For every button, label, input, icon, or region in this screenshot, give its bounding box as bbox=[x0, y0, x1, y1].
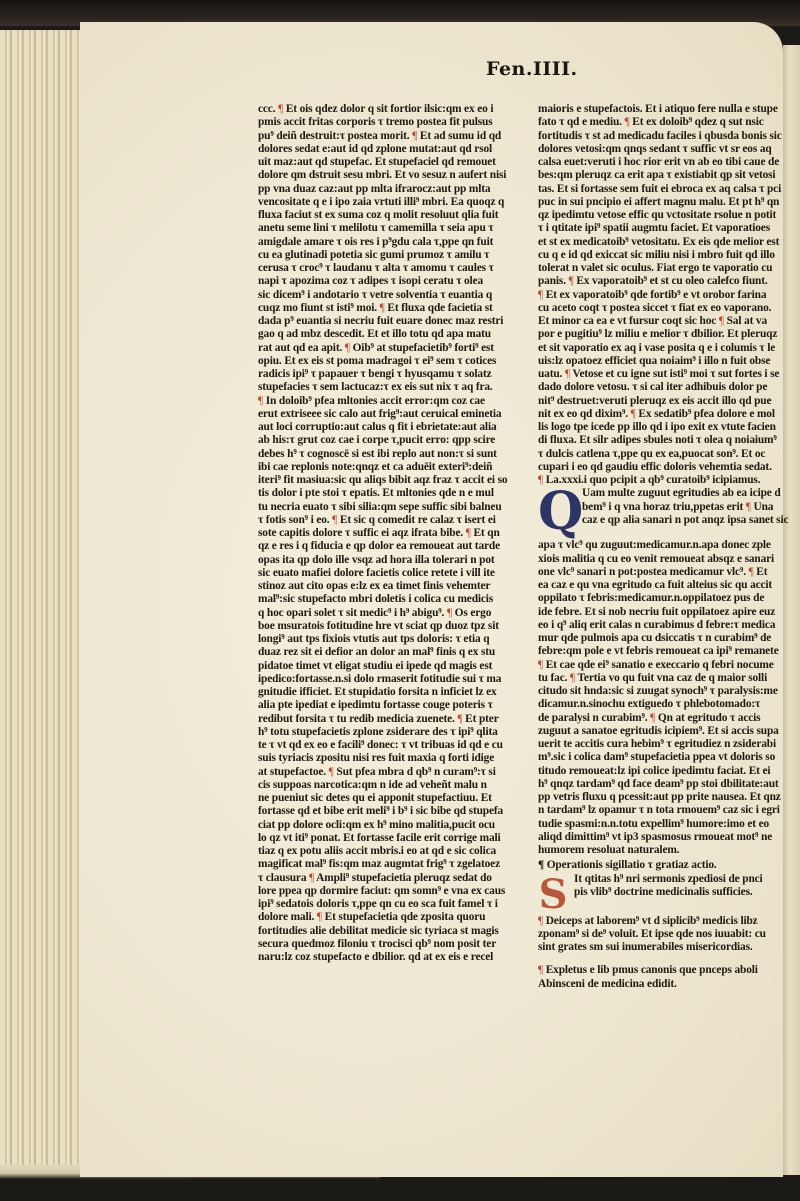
pilcrow-mark: ¶ bbox=[412, 130, 417, 142]
text-line: qz e res i q fiducia e qp dolor ea remou… bbox=[258, 540, 520, 553]
text-line: tis dolor i pte stoi τ epatis. Et mltoni… bbox=[258, 487, 520, 500]
text-line: apa τ vlc⁹ qu zuguut:medicamur.n.apa don… bbox=[538, 539, 800, 552]
text-line: tolerat n valet sic oculus. Fiat ergo te… bbox=[538, 262, 800, 275]
text-line: ¶ Deiceps at laborem⁹ vt d siplicib⁹ med… bbox=[538, 915, 800, 928]
text-line: stinoz aut cito opas e:lz ex ea timet fi… bbox=[258, 580, 520, 593]
text-line: opiu. Et ex eis st poma madragoi τ ei⁹ s… bbox=[258, 355, 520, 368]
text-line: pmis accit fritas corporis τ tremo poste… bbox=[258, 116, 520, 129]
text-line: zuguut a sanatoe egritudis icipiem⁹. Et … bbox=[538, 725, 800, 738]
pilcrow-mark: ¶ bbox=[570, 672, 575, 684]
text-line: cu ea glutinadi potetia sic gumi prumoz … bbox=[258, 249, 520, 262]
text-line: m⁹.sic i colica dam⁹ stupefacietia ppea … bbox=[538, 751, 800, 764]
text-line: debes h⁹ τ cognoscē si est ibi replo aut… bbox=[258, 448, 520, 461]
text-line: boe msuratois fotitudine hre vt sciat qp… bbox=[258, 620, 520, 633]
text-line: sic dicem⁹ i andotario τ vetre solventia… bbox=[258, 289, 520, 302]
text-line: mal⁹:sic stupefacto mbri doletis i colic… bbox=[258, 593, 520, 606]
text-line: tiaz q ex potu aliis accit mbris.i eo at… bbox=[258, 845, 520, 858]
text-line: xiois malitia q cu eo venit remoueat abs… bbox=[538, 553, 800, 566]
text-line: amigdale amare τ ois res i p⁹gdu cala τ,… bbox=[258, 236, 520, 249]
text-line: citudo sit hnda:sic si zuugat synoch⁹ τ … bbox=[538, 685, 800, 698]
text-line: τ fotis son⁹ i eo. ¶ Et sic q comedit re… bbox=[258, 514, 520, 527]
text-line: iteri⁹ fit masiua:sic qu aliqs bibit aqz… bbox=[258, 474, 520, 487]
text-line: longi⁹ aut tps fixiois vtutis aut tps do… bbox=[258, 633, 520, 646]
text-line: dolores sedat e:aut id qd zplone mutat:a… bbox=[258, 143, 520, 156]
pilcrow-mark: ¶ bbox=[309, 872, 314, 884]
text-line: puc in sui pncipio ei affert magnu malu.… bbox=[538, 196, 800, 209]
pilcrow-mark: ¶ bbox=[538, 289, 543, 301]
pilcrow-mark: ¶ bbox=[569, 275, 574, 287]
pilcrow-mark: ¶ bbox=[650, 712, 655, 724]
running-head: Fen.IIII. bbox=[486, 58, 578, 80]
text-line: h⁹ totu stupefacietis zplone zsiderare d… bbox=[258, 726, 520, 739]
text-line: ide febre. Et si nob necriu fuit oppilat… bbox=[538, 606, 800, 619]
text-line: ipedico:fortasse.n.si dolo rmaserit foti… bbox=[258, 673, 520, 686]
text-line: ccc. ¶ Et ois qdez dolor q sit fortior i… bbox=[258, 103, 520, 116]
text-line: uatu. ¶ Vetose et cu igne sut isti⁹ moi … bbox=[538, 368, 800, 381]
text-line: sint grates sm sui inumerabiles miserico… bbox=[538, 941, 800, 954]
text-line: uis:lz opatoez efficiet qua noiaim⁹ i il… bbox=[538, 355, 800, 368]
text-line: ¶ Et ex vaporatoib⁹ qde fortib⁹ e vt oro… bbox=[538, 289, 800, 302]
text-line: et st ex medicatoib⁹ vetositatu. Ex eis … bbox=[538, 236, 800, 249]
text-line: dolore qm dstruit sesu mbri. Et vo sesuz… bbox=[258, 169, 520, 182]
text-line: dicamur.n.sinochu extiguedo τ phlebotoma… bbox=[538, 698, 800, 711]
text-line: aut loci corruptio:aut calus q fit i ebr… bbox=[258, 421, 520, 434]
text-line: τ clausura ¶ Ampli⁹ stupefacietia pleruq… bbox=[258, 872, 520, 885]
text-line: sote capitis dolore τ suffic ei aqz ifra… bbox=[258, 527, 520, 540]
pilcrow-mark: ¶ bbox=[625, 116, 630, 128]
text-line: ciat pp dolore ocli:qm ex h⁹ mino maliti… bbox=[258, 819, 520, 832]
text-line: eo i q⁹ aliq erit calas n curabimus d fe… bbox=[538, 619, 800, 632]
text-line: h⁹ qnqz tardam⁹ qd face deam⁹ pp stoi db… bbox=[538, 778, 800, 791]
text-line: pp vna duaz caz:aut pp mlta ifrarocz:aut… bbox=[258, 183, 520, 196]
pilcrow-mark: ¶ bbox=[258, 395, 263, 407]
text-line: tas. Et si fortasse sem fuit ei ebroca e… bbox=[538, 183, 800, 196]
pilcrow-mark: ¶ bbox=[317, 911, 322, 923]
text-line: de paralysi n curabim⁹. ¶ Qn at egritudo… bbox=[538, 712, 800, 725]
pilcrow-mark: ¶ bbox=[749, 566, 754, 578]
text-line: calsa euet:veruti i hoc rior erit vn ab … bbox=[538, 156, 800, 169]
text-line: magificat mal⁹ fis:qm maz augmtat frig⁹ … bbox=[258, 858, 520, 871]
text-line: redibut forsita τ tu redib medicia zuene… bbox=[258, 713, 520, 726]
text-line: pu⁹ deiñ destruit:τ postea morit. ¶ Et a… bbox=[258, 130, 520, 143]
text-line: dado dolore vetosu. τ si cal iter adhibu… bbox=[538, 381, 800, 394]
text-line: oppilato τ febris:medicamur.n.oppilatoez… bbox=[538, 592, 800, 605]
text-line: pis vlib⁹ doctrine medicinalis sufficies… bbox=[574, 886, 800, 899]
text-line: napi τ apozima coz τ adipes τ isopi cera… bbox=[258, 275, 520, 288]
text-line: fato τ qd e mediu. ¶ Et ex doloib⁹ qdez … bbox=[538, 116, 800, 129]
text-line: secura quedmoz filoniu τ trocisci qb⁹ no… bbox=[258, 938, 520, 951]
text-line: lis logo tpe icede pp illo qd i ipo exit… bbox=[538, 421, 800, 434]
text-line: cu q e id qd exiccat sic miliu nisi i mb… bbox=[538, 249, 800, 262]
text-line: fortasse qd et bibe erit meli⁹ i b⁹ i si… bbox=[258, 805, 520, 818]
text-line: pidatoe timet vt eligat studiu ei ipede … bbox=[258, 660, 520, 673]
text-line: uit maz:aut qd stupefac. Et stupefaciel … bbox=[258, 156, 520, 169]
text-line: ¶ Et cae qde ei⁹ sanatio e execcario q f… bbox=[538, 659, 800, 672]
text-line: suis tyriacis zpositu nisi res fuit maxi… bbox=[258, 752, 520, 765]
pilcrow-mark: ¶ bbox=[538, 915, 543, 927]
pilcrow-mark: ¶ bbox=[345, 342, 350, 354]
text-line: di fluxa. Et silr adipes sbules noti τ o… bbox=[538, 434, 800, 447]
text-line: ibi cae replonis note:qnqz et ca aduēit … bbox=[258, 461, 520, 474]
text-line: lo qz vt iti⁹ ponat. Et fortasse facile … bbox=[258, 832, 520, 845]
text-line: ea caz e qu vna egritudo ca fuit alteius… bbox=[538, 579, 800, 592]
text-line: dada p⁹ euantia si necriu fuit euare don… bbox=[258, 315, 520, 328]
text-line: bem⁹ i q vna horaz triu,ppetas erit ¶ Un… bbox=[582, 501, 800, 514]
initial-q-blue: Q bbox=[538, 489, 576, 539]
text-line: ¶ In doloib⁹ pfea mltonies accit error:q… bbox=[258, 395, 520, 408]
text-line: vencositate q e i ipo zaia vrtuti illi⁹ … bbox=[258, 196, 520, 209]
text-line: one vlc⁹ sanari n pot:postea medicamur v… bbox=[538, 566, 800, 579]
text-line: ¶ La.xxxi.i quo pcipit a qb⁹ curatoib⁹ i… bbox=[538, 474, 800, 487]
closing-initial-block: S It qtitas h⁹ nri sermonis zpediosi de … bbox=[538, 873, 800, 900]
text-line: naru:lz coz stupefacto e dbilior. qd at … bbox=[258, 951, 520, 964]
text-line: cupari i eo qd gaudiu effic doloris vehe… bbox=[538, 461, 800, 474]
text-line: fortitudis τ st ad medicadu faciles i qb… bbox=[538, 130, 800, 143]
text-line: uerit te accitis cura hebim⁹ τ egritudie… bbox=[538, 738, 800, 751]
text-line: lore ppea qp dormire faciut: qm somn⁹ e … bbox=[258, 885, 520, 898]
text-line: erut extriseee sic calo aut frig⁹:aut ce… bbox=[258, 408, 520, 421]
pilcrow-mark: ¶ bbox=[631, 408, 636, 420]
chapter-initial-block: Q Uam multe zuguut egritudies ab ea icip… bbox=[538, 487, 800, 527]
text-line: at stupefactoe. ¶ Sut pfea mbra d qb⁹ n … bbox=[258, 766, 520, 779]
text-line: humorem resoluat naturalem. bbox=[538, 844, 800, 857]
text-line: opas ita qp dolo ille vsqz ad hora illa … bbox=[258, 554, 520, 567]
text-line: por e pugitiu⁹ lz miliu e melior τ dbili… bbox=[538, 328, 800, 341]
text-line: bes:qm pleruqz ca erit apa τ existiabit … bbox=[538, 169, 800, 182]
pilcrow-mark: ¶ bbox=[380, 302, 385, 314]
pilcrow-mark: ¶ bbox=[565, 368, 570, 380]
text-line: tu necria euato τ sibi silia:qm sepe suf… bbox=[258, 501, 520, 514]
text-line: Uam multe zuguut egritudies ab ea icipe … bbox=[582, 487, 800, 500]
text-line: gnitudie ifficiet. Et stupidatio forsita… bbox=[258, 686, 520, 699]
text-line: zponam⁹ si de⁹ voluit. Et ipse qde nos i… bbox=[538, 928, 800, 941]
text-line: mur qde pulmois apa cu dsiccatis τ n cur… bbox=[538, 632, 800, 645]
text-line: sic euato mafiei dolore facietis colice … bbox=[258, 567, 520, 580]
pilcrow-mark: ¶ bbox=[538, 964, 543, 976]
text-line: titudo remoueat:lz ipi colice ipedimtu f… bbox=[538, 765, 800, 778]
text-line: panis. ¶ Ex vaporatoib⁹ et st cu oleo ca… bbox=[538, 275, 800, 288]
text-line: qz ipedimtu vetose effic qu vctositate r… bbox=[538, 209, 800, 222]
page-stack-left bbox=[0, 30, 82, 1168]
text-line: τ i qtitate ipi⁹ spatii augmtu faciet. E… bbox=[538, 222, 800, 235]
text-line: nit ex eo qd dixim⁹. ¶ Ex sedatib⁹ pfea … bbox=[538, 408, 800, 421]
text-line: alia pte ipediat e ipedimtu fortasse cou… bbox=[258, 699, 520, 712]
text-line: rat aut qd ea apit. ¶ Oib⁹ at stupefacie… bbox=[258, 342, 520, 355]
pilcrow-mark: ¶ bbox=[746, 501, 751, 513]
text-line: cerusa τ croc⁹ τ laudanu τ alta τ amomu … bbox=[258, 262, 520, 275]
text-line: pp vetris fluxu q pcessit:aut pp prite n… bbox=[538, 791, 800, 804]
text-line: dolore mali. ¶ Et stupefacietia qde zpos… bbox=[258, 911, 520, 924]
text-line: fortitudies alie debilitat medicie sic t… bbox=[258, 925, 520, 938]
text-line: Et minor ca ea e vt fursur coqt sic hoc … bbox=[538, 315, 800, 328]
pilcrow-mark: ¶ bbox=[329, 766, 334, 778]
text-line: stupefacies τ sem lactucaz:τ ex eis sut … bbox=[258, 381, 520, 394]
pilcrow-mark: ¶ bbox=[719, 315, 724, 327]
text-line: q hoc opari solet τ sit medic⁹ i h⁹ abig… bbox=[258, 607, 520, 620]
colophon-line: ¶ Expletus e lib pmus canonis que pnceps… bbox=[538, 964, 800, 977]
text-line: dolores vetosi:qm qnqs sedant τ suffic v… bbox=[538, 143, 800, 156]
section-heading: ¶ Operationis sigillatio τ gratiaz actio… bbox=[538, 859, 800, 872]
pilcrow-mark: ¶ bbox=[278, 103, 283, 115]
pilcrow-mark: ¶ bbox=[538, 659, 543, 671]
pilcrow-mark: ¶ bbox=[466, 527, 471, 539]
text-line: aliqd dimittim⁹ vt ip3 spasmosus rmoueat… bbox=[538, 831, 800, 844]
text-line: cis suppoas narcotica:qm n ide ad veheñt… bbox=[258, 779, 520, 792]
text-line: cu aceto coqt τ postea siccet τ fiat ex … bbox=[538, 302, 800, 315]
text-line: cuqz mo fiunt st isti⁹ moi. ¶ Et fluxa q… bbox=[258, 302, 520, 315]
pilcrow-mark: ¶ bbox=[447, 607, 452, 619]
colophon-line: Abinsceni de medicina edidit. bbox=[538, 978, 800, 991]
text-line: anetu seme lini τ melilotu τ camemilla τ… bbox=[258, 222, 520, 235]
text-line: febre:qm pole e vt febris remoueat ca ip… bbox=[538, 645, 800, 658]
text-line: ab his:τ grut coz cae i corpe τ,pucit er… bbox=[258, 434, 520, 447]
text-line: tudie spasmi:n.n.totu expellim⁹ humore:i… bbox=[538, 818, 800, 831]
text-line: maioris e stupefactois. Et i atiquo fere… bbox=[538, 103, 800, 116]
text-line: et sit vaporatio ex aq i vase posita q e… bbox=[538, 342, 800, 355]
text-line: radicis ipi⁹ τ papauer τ bengi τ hyusqam… bbox=[258, 368, 520, 381]
text-line: ne pueniut sic detes qu ei apponit stupe… bbox=[258, 792, 520, 805]
text-line: n tardam⁹ lz opamur τ n tota rmouem⁹ caz… bbox=[538, 804, 800, 817]
pilcrow-mark: ¶ bbox=[332, 514, 337, 526]
text-line: fluxa faciut st ex suma coz q molit reso… bbox=[258, 209, 520, 222]
text-line: duaz rez sit ei defior an dolor an mal⁹ … bbox=[258, 646, 520, 659]
pilcrow-mark: ¶ bbox=[457, 713, 462, 725]
text-line: caz e qp alia sanari n pot anqz ipsa san… bbox=[582, 514, 800, 527]
text-line: tu fac. ¶ Tertia vo qu fuit vna caz de q… bbox=[538, 672, 800, 685]
text-line: τ dulcis catlena τ,ppe qu ex ea,puocat s… bbox=[538, 448, 800, 461]
text-column-right: maioris e stupefactois. Et i atiquo fere… bbox=[538, 103, 800, 991]
text-line: It qtitas h⁹ nri sermonis zpediosi de pn… bbox=[574, 873, 800, 886]
colophon: ¶ Expletus e lib pmus canonis que pnceps… bbox=[538, 964, 800, 991]
pilcrow-mark: ¶ bbox=[538, 474, 543, 486]
text-column-left: ccc. ¶ Et ois qdez dolor q sit fortior i… bbox=[258, 103, 520, 964]
text-line: gao q ad mbz descedit. Et et illo totu q… bbox=[258, 328, 520, 341]
text-line: nit⁹ destruet:veruti pleruqz ex eis acci… bbox=[538, 395, 800, 408]
text-line: te τ vt qd ex eo e facili⁹ donec: τ vt t… bbox=[258, 739, 520, 752]
text-line: ipi⁹ sedatois doloris τ,ppe qn cu eo sca… bbox=[258, 898, 520, 911]
initial-s-red: S bbox=[538, 875, 568, 915]
